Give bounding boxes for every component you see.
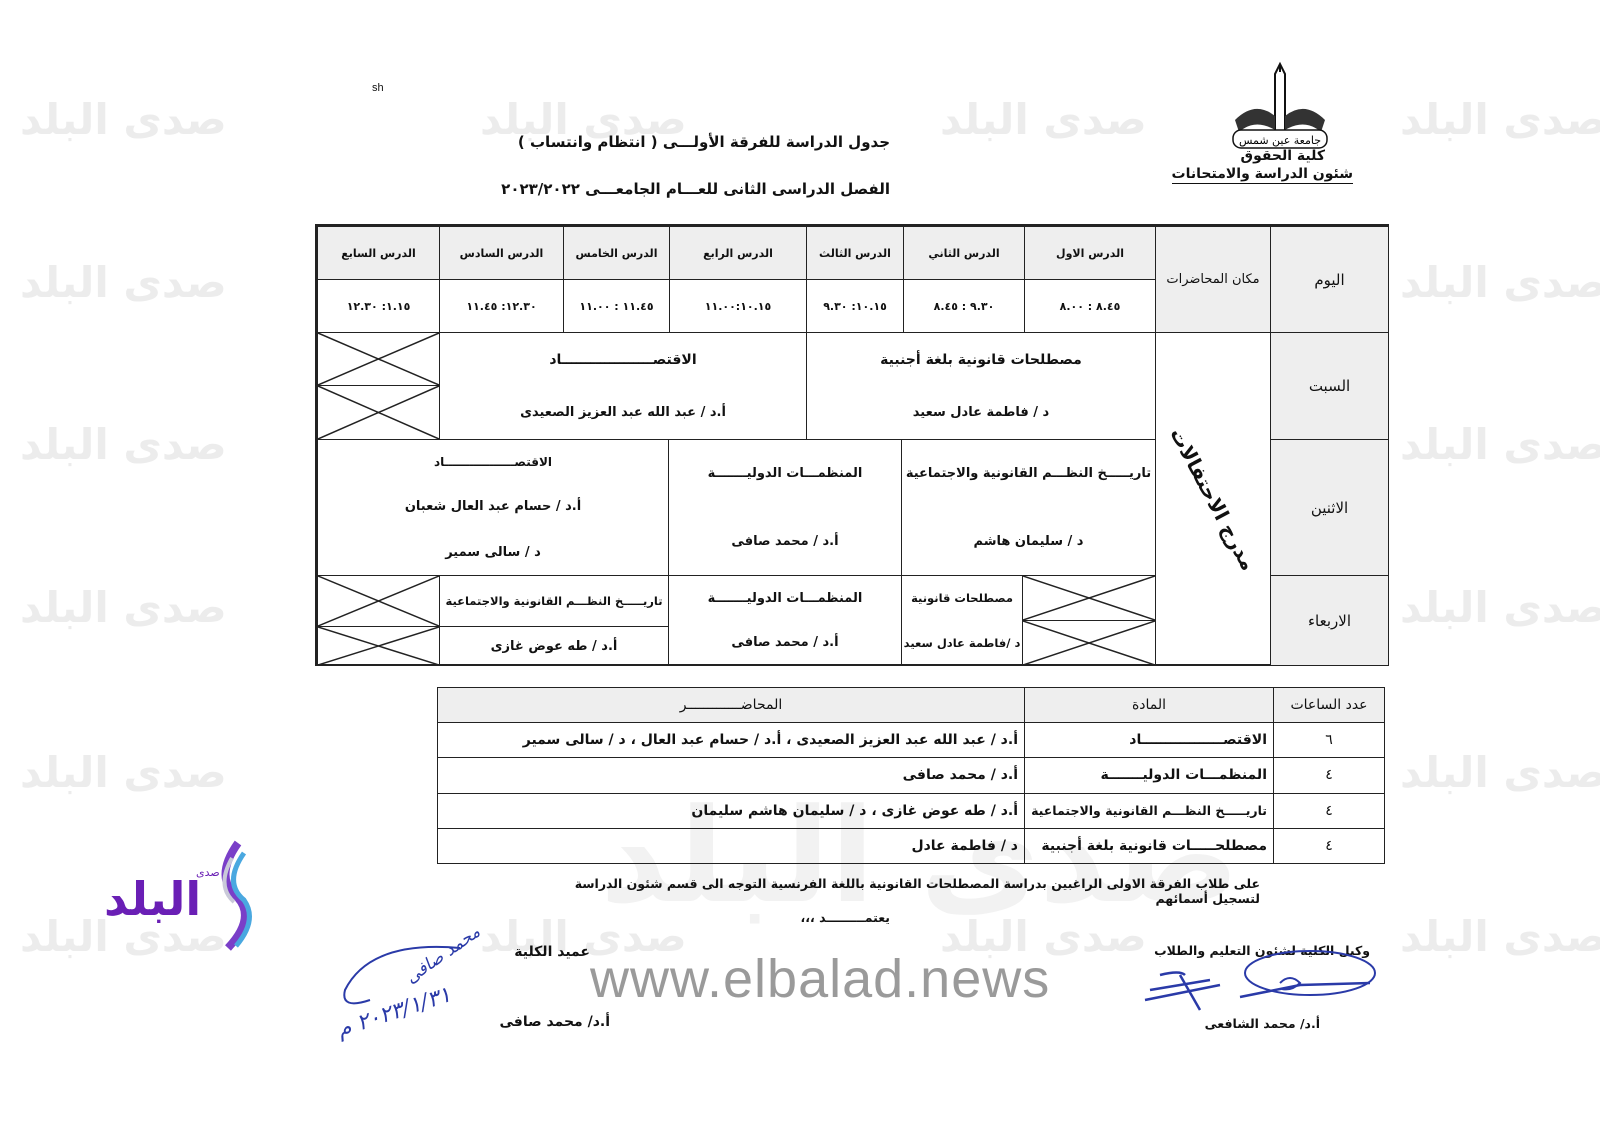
session-monday-1: تاريـــــخ النظـــم القانونية والاجتماعي… <box>901 439 1156 576</box>
vice-dean-name: أ.د/ محمد الشافعى <box>1190 1016 1320 1031</box>
cross-out-icon <box>318 627 439 665</box>
summary-row: ٤ المنظمـــات الدوليـــــــة أ.د / محمد … <box>438 758 1385 793</box>
period-5-time: ١١.٤٥ : ١١.٠٠ <box>563 279 670 333</box>
watermark-text: صدى البلد <box>20 748 227 797</box>
cross-out-icon <box>318 576 439 626</box>
schedule-table: اليوم مكان المحاضرات الدرس الاول ٨.٤٥ : … <box>315 224 1389 666</box>
period-6-label: الدرس السادس <box>439 226 564 280</box>
empty-slot-saturday-7b <box>317 385 440 440</box>
session-professor: د / فاطمة عادل سعيد <box>913 405 1049 420</box>
session-wednesday-3: المنظمـــات الدوليـــــــة أ.د / محمد صا… <box>668 575 902 666</box>
session-subject: المنظمـــات الدوليـــــــة <box>708 466 863 481</box>
cross-out-icon <box>1023 621 1155 665</box>
summary-row: ٦ الاقتصـــــــــــــــــاد أ.د / عبد ال… <box>438 723 1385 758</box>
empty-slot-wednesday-7a <box>317 575 440 627</box>
row-hours: ٤ <box>1274 758 1385 793</box>
row-lecturer: د / فاطمة عادل <box>438 828 1025 863</box>
watermark-text: صدى البلد <box>1400 583 1600 632</box>
row-hours: ٤ <box>1274 828 1385 863</box>
watermark-text: صدى البلد <box>1400 912 1600 961</box>
period-3-label: الدرس الثالث <box>806 226 904 280</box>
period-3-time: ١٠.١٥: ٩.٣٠ <box>806 279 904 333</box>
watermark-text: صدى البلد <box>20 583 227 632</box>
header-hours: عدد الساعات <box>1274 688 1385 723</box>
venue-name: مدرج الاحتفالات <box>1165 424 1260 575</box>
session-wednesday-2: مصطلحات قانونية د /فاطمة عادل سعيد <box>901 575 1023 666</box>
row-subject: تاريـــــخ النظـــم القانونية والاجتماعي… <box>1025 793 1274 828</box>
session-professor: أ.د / حسام عبد العال شعبان <box>405 499 581 514</box>
watermark-text: صدى البلد <box>1400 258 1600 307</box>
session-professor: أ.د / طه عوض غازى <box>491 639 618 654</box>
period-2-label: الدرس الثاني <box>903 226 1025 280</box>
page-title: جدول الدراسة للفرقة الأولـــى ( انتظام و… <box>500 133 890 151</box>
venue-cell: مدرج الاحتفالات <box>1155 332 1271 666</box>
faculty-logo: جامعة عين شمس كلية الحقوق شئون الدراسة و… <box>1195 60 1365 190</box>
row-hours: ٦ <box>1274 723 1385 758</box>
period-7-label: الدرس السابع <box>317 226 440 280</box>
session-subject: المنظمـــات الدوليـــــــة <box>708 591 863 606</box>
summary-row: ٤ تاريـــــخ النظـــم القانونية والاجتما… <box>438 793 1385 828</box>
approval-label: يعتمـــــــــد ،،، <box>760 910 890 925</box>
period-1-label: الدرس الاول <box>1024 226 1156 280</box>
row-subject: الاقتصـــــــــــــــــاد <box>1025 723 1274 758</box>
period-6-time: ١٢.٣٠: ١١.٤٥ <box>439 279 564 333</box>
cross-out-icon <box>318 333 439 385</box>
page-subtitle: الفصل الدراسى الثانى للعـــام الجامعـــى… <box>480 180 890 198</box>
day-monday: الاثنين <box>1270 439 1389 576</box>
watermark-text: صدى البلد <box>20 420 227 469</box>
session-wednesday-4-professor: أ.د / طه عوض غازى <box>439 626 669 666</box>
summary-table: عدد الساعات المادة المحاضـــــــــــــر … <box>437 687 1385 864</box>
session-monday-2: المنظمـــات الدوليـــــــة أ.د / محمد صا… <box>668 439 902 576</box>
empty-slot-saturday-7a <box>317 332 440 386</box>
watermark-text: صدى البلد <box>940 95 1147 144</box>
row-hours: ٤ <box>1274 793 1385 828</box>
session-professor: د /فاطمة عادل سعيد <box>904 636 1021 650</box>
venue-column-header: مكان المحاضرات <box>1155 226 1271 333</box>
watermark-text: صدى البلد <box>20 95 227 144</box>
summary-row: ٤ مصطلحـــــات قانونية بلغة أجنبية د / ف… <box>438 828 1385 863</box>
period-2-time: ٩.٣٠ : ٨.٤٥ <box>903 279 1025 333</box>
watermark-text: صدى البلد <box>20 258 227 307</box>
registration-note: على طلاب الفرقة الاولى الراغبين بدراسة ا… <box>530 876 1260 906</box>
summary-header-row: عدد الساعات المادة المحاضـــــــــــــر <box>438 688 1385 723</box>
day-saturday: السبت <box>1270 332 1389 440</box>
watermark-text: صدى البلد <box>1400 95 1600 144</box>
day-wednesday: الاربعاء <box>1270 575 1389 666</box>
dean-name: أ.د/ محمد صافى <box>470 1014 610 1030</box>
period-5-label: الدرس الخامس <box>563 226 670 280</box>
session-subject: تاريـــــخ النظـــم القانونية والاجتماعي… <box>906 466 1151 481</box>
empty-slot-wednesday-1a <box>1022 575 1156 621</box>
dean-title: عميد الكلية <box>480 944 590 960</box>
period-1-time: ٨.٤٥ : ٨.٠٠ <box>1024 279 1156 333</box>
empty-slot-wednesday-1b <box>1022 620 1156 666</box>
session-professor-2: د / سالى سمير <box>445 545 541 560</box>
day-column-header: اليوم <box>1270 226 1389 333</box>
session-subject: مصطلحات قانونية بلغة أجنبية <box>880 352 1082 368</box>
session-professor: أ.د / عبد الله عبد العزيز الصعيدى <box>520 405 726 420</box>
session-saturday-1: مصطلحات قانونية بلغة أجنبية د / فاطمة عا… <box>806 332 1156 440</box>
elbalad-brand-logo: صدى البلد <box>100 838 260 958</box>
period-7-time: ١.١٥: ١٢.٣٠ <box>317 279 440 333</box>
session-subject: مصطلحات قانونية <box>911 591 1013 605</box>
brand-swoosh-icon <box>208 838 258 953</box>
empty-slot-wednesday-7b <box>317 626 440 666</box>
session-subject: الاقتصـــــــــــــــــــاد <box>549 352 696 368</box>
department-name: شئون الدراسة والامتحانات <box>1172 166 1353 184</box>
site-watermark: www.elbalad.news <box>590 948 1050 1010</box>
watermark-text: صدى البلد <box>1400 420 1600 469</box>
row-lecturer: أ.د / محمد صافى <box>438 758 1025 793</box>
session-wednesday-4-subject: تاريـــــخ النظـــم القانونية والاجتماعي… <box>439 575 669 627</box>
session-subject: الاقتصـــــــــــــــــاد <box>434 455 552 469</box>
brand-text: البلد <box>104 872 201 926</box>
row-lecturer: أ.د / عبد الله عبد العزيز الصعيدى ، أ.د … <box>438 723 1025 758</box>
faculty-name: كلية الحقوق <box>1241 148 1325 164</box>
session-saturday-2: الاقتصـــــــــــــــــــاد أ.د / عبد ال… <box>439 332 807 440</box>
period-4-time: ١١.٠٠:١٠.١٥ <box>669 279 807 333</box>
vice-dean-signature-icon <box>1140 945 1380 1015</box>
cross-out-icon <box>1023 576 1155 620</box>
session-monday-3: الاقتصـــــــــــــــــاد أ.د / حسام عبد… <box>317 439 669 576</box>
row-lecturer: أ.د / طه عوض غازى ، د / سليمان هاشم سليم… <box>438 793 1025 828</box>
row-subject: مصطلحـــــات قانونية بلغة أجنبية <box>1025 828 1274 863</box>
obelisk-seal-icon: جامعة عين شمس <box>1195 60 1365 150</box>
session-professor: أ.د / محمد صافى <box>731 534 838 549</box>
period-4-label: الدرس الرابع <box>669 226 807 280</box>
session-subject: تاريـــــخ النظـــم القانونية والاجتماعي… <box>445 594 662 608</box>
header-subject: المادة <box>1025 688 1274 723</box>
session-professor: أ.د / محمد صافى <box>731 635 838 650</box>
session-professor: د / سليمان هاشم <box>974 534 1084 549</box>
watermark-text: صدى البلد <box>1400 748 1600 797</box>
corner-mark: sh <box>372 82 384 94</box>
header-lecturer: المحاضـــــــــــــر <box>438 688 1025 723</box>
svg-text:جامعة عين شمس: جامعة عين شمس <box>1239 134 1321 147</box>
row-subject: المنظمـــات الدوليـــــــة <box>1025 758 1274 793</box>
cross-out-icon <box>318 386 439 439</box>
